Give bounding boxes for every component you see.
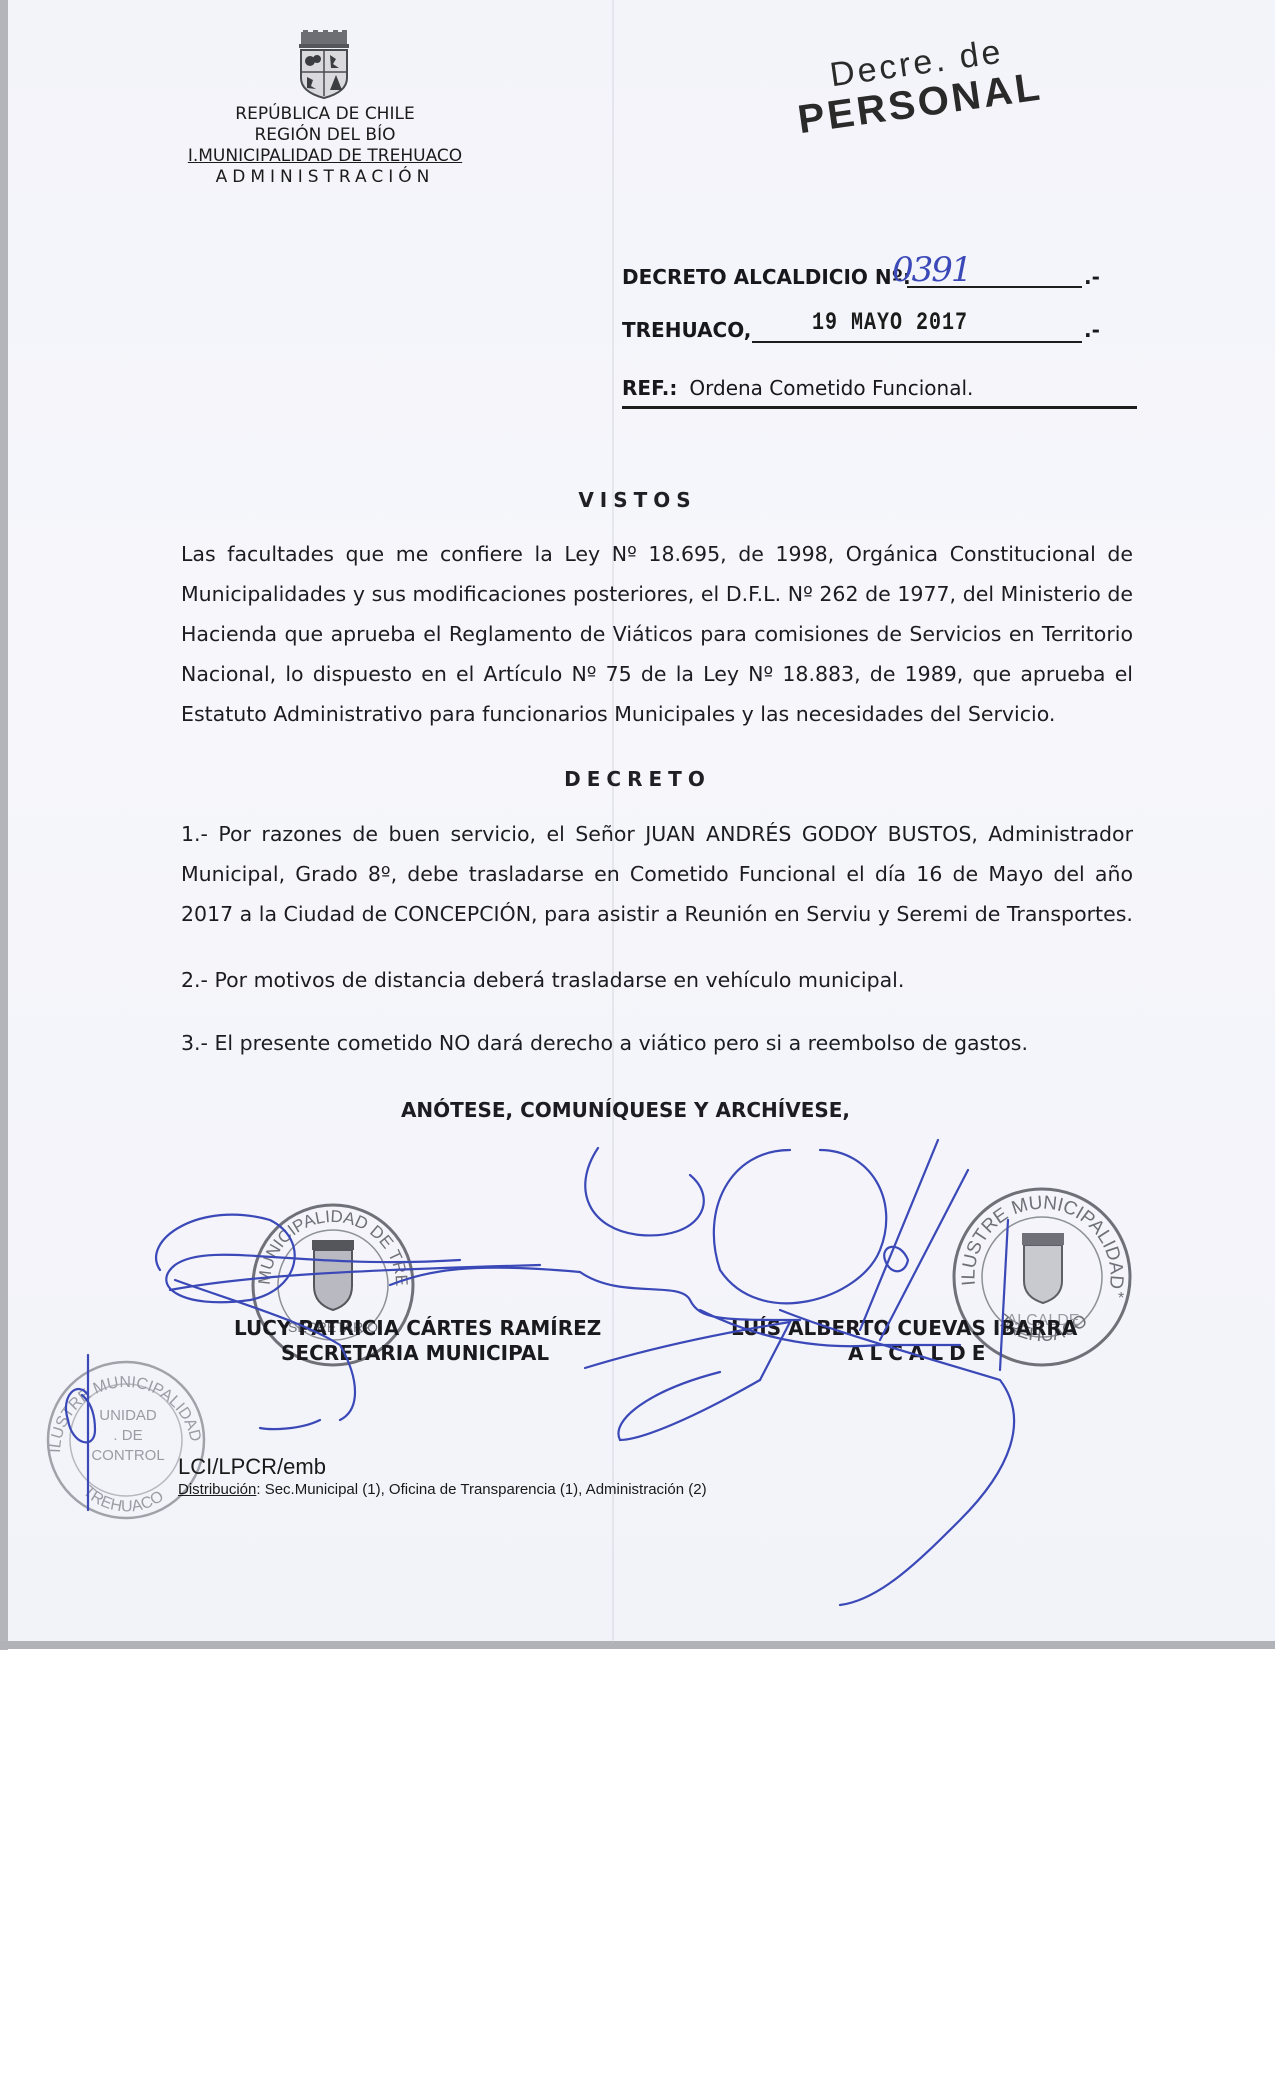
distribution-label: Distribución: [178, 1481, 256, 1498]
distribution-list: Distribución: Sec.Municipal (1), Oficina…: [178, 1481, 707, 1498]
decreto-item-1-line: 2017 a la Ciudad de CONCEPCIÓN, para asi…: [181, 901, 1133, 928]
reference-text: Ordena Cometido Funcional.: [689, 376, 973, 400]
control-stamp-line: CONTROL: [91, 1447, 164, 1464]
control-stamp-line: . DE: [113, 1427, 142, 1444]
secretary-role: SECRETARIA MUNICIPAL: [281, 1341, 549, 1365]
vistos-line: Estatuto Administrativo para funcionario…: [181, 701, 1133, 728]
date-line: [752, 341, 1082, 343]
secretary-name: LUCY PATRICIA CÁRTES RAMÍREZ: [234, 1316, 601, 1340]
decreto-item-1-line: Municipal, Grado 8º, debe trasladarse en…: [181, 861, 1133, 888]
vistos-line: Municipalidades y sus modificaciones pos…: [181, 581, 1133, 608]
document-initials: LCI/LPCR/emb: [178, 1454, 326, 1480]
place-label: TREHUACO,: [622, 318, 751, 342]
date-suffix: .-: [1084, 318, 1100, 342]
vistos-line: Hacienda que aprueba el Reglamento de Vi…: [181, 621, 1133, 648]
header-municipality: I.MUNICIPALIDAD DE TREHUACO: [160, 146, 490, 167]
decreto-item-2: 2.- Por motivos de distancia deberá tras…: [181, 968, 904, 992]
reference: REF.:Ordena Cometido Funcional.: [622, 376, 973, 400]
scan-edge-left: [0, 0, 8, 1650]
decreto-item-1-line: 1.- Por razones de buen servicio, el Señ…: [181, 821, 1133, 848]
reference-label: REF.:: [622, 376, 677, 400]
distribution-text: : Sec.Municipal (1), Oficina de Transpar…: [256, 1481, 706, 1498]
header-department: ADMINISTRACIÓN: [160, 167, 490, 188]
scan-edge-bottom: [0, 1641, 1275, 1649]
header-country: REPÚBLICA DE CHILE: [160, 104, 490, 125]
decreto-heading: DECRETO: [0, 767, 1275, 791]
vistos-line: Nacional, lo dispuesto en el Artículo Nº…: [181, 661, 1133, 688]
closing-formula: ANÓTESE, COMUNÍQUESE Y ARCHÍVESE,: [0, 1098, 1263, 1122]
reference-rule: [622, 406, 1137, 409]
decreto-item-3: 3.- El presente cometido NO dará derecho…: [181, 1031, 1028, 1055]
mayor-role: ALCALDE: [848, 1341, 991, 1365]
decree-number-label: DECRETO ALCALDICIO Nº:: [622, 265, 911, 289]
control-stamp-line: UNIDAD: [99, 1407, 157, 1424]
date-stamp: 19 MAYO 2017: [812, 309, 968, 338]
svg-text:*: *: [1118, 1290, 1124, 1307]
control-unit-seal-stamp: ILUSTRE MUNICIPALIDAD TREHUACO UNIDAD . …: [42, 1358, 212, 1523]
vistos-heading: VISTOS: [0, 488, 1275, 512]
header-region: REGIÓN DEL BÍO: [160, 125, 490, 146]
decree-number-suffix: .-: [1084, 265, 1100, 289]
municipal-coat-of-arms-icon: [293, 30, 355, 100]
decree-number-handwritten: 0391: [892, 250, 971, 290]
vistos-line: Las facultades que me confiere la Ley Nº…: [181, 541, 1133, 568]
mayor-name: LUÍS ALBERTO CUEVAS IBARRA: [731, 1316, 1077, 1340]
